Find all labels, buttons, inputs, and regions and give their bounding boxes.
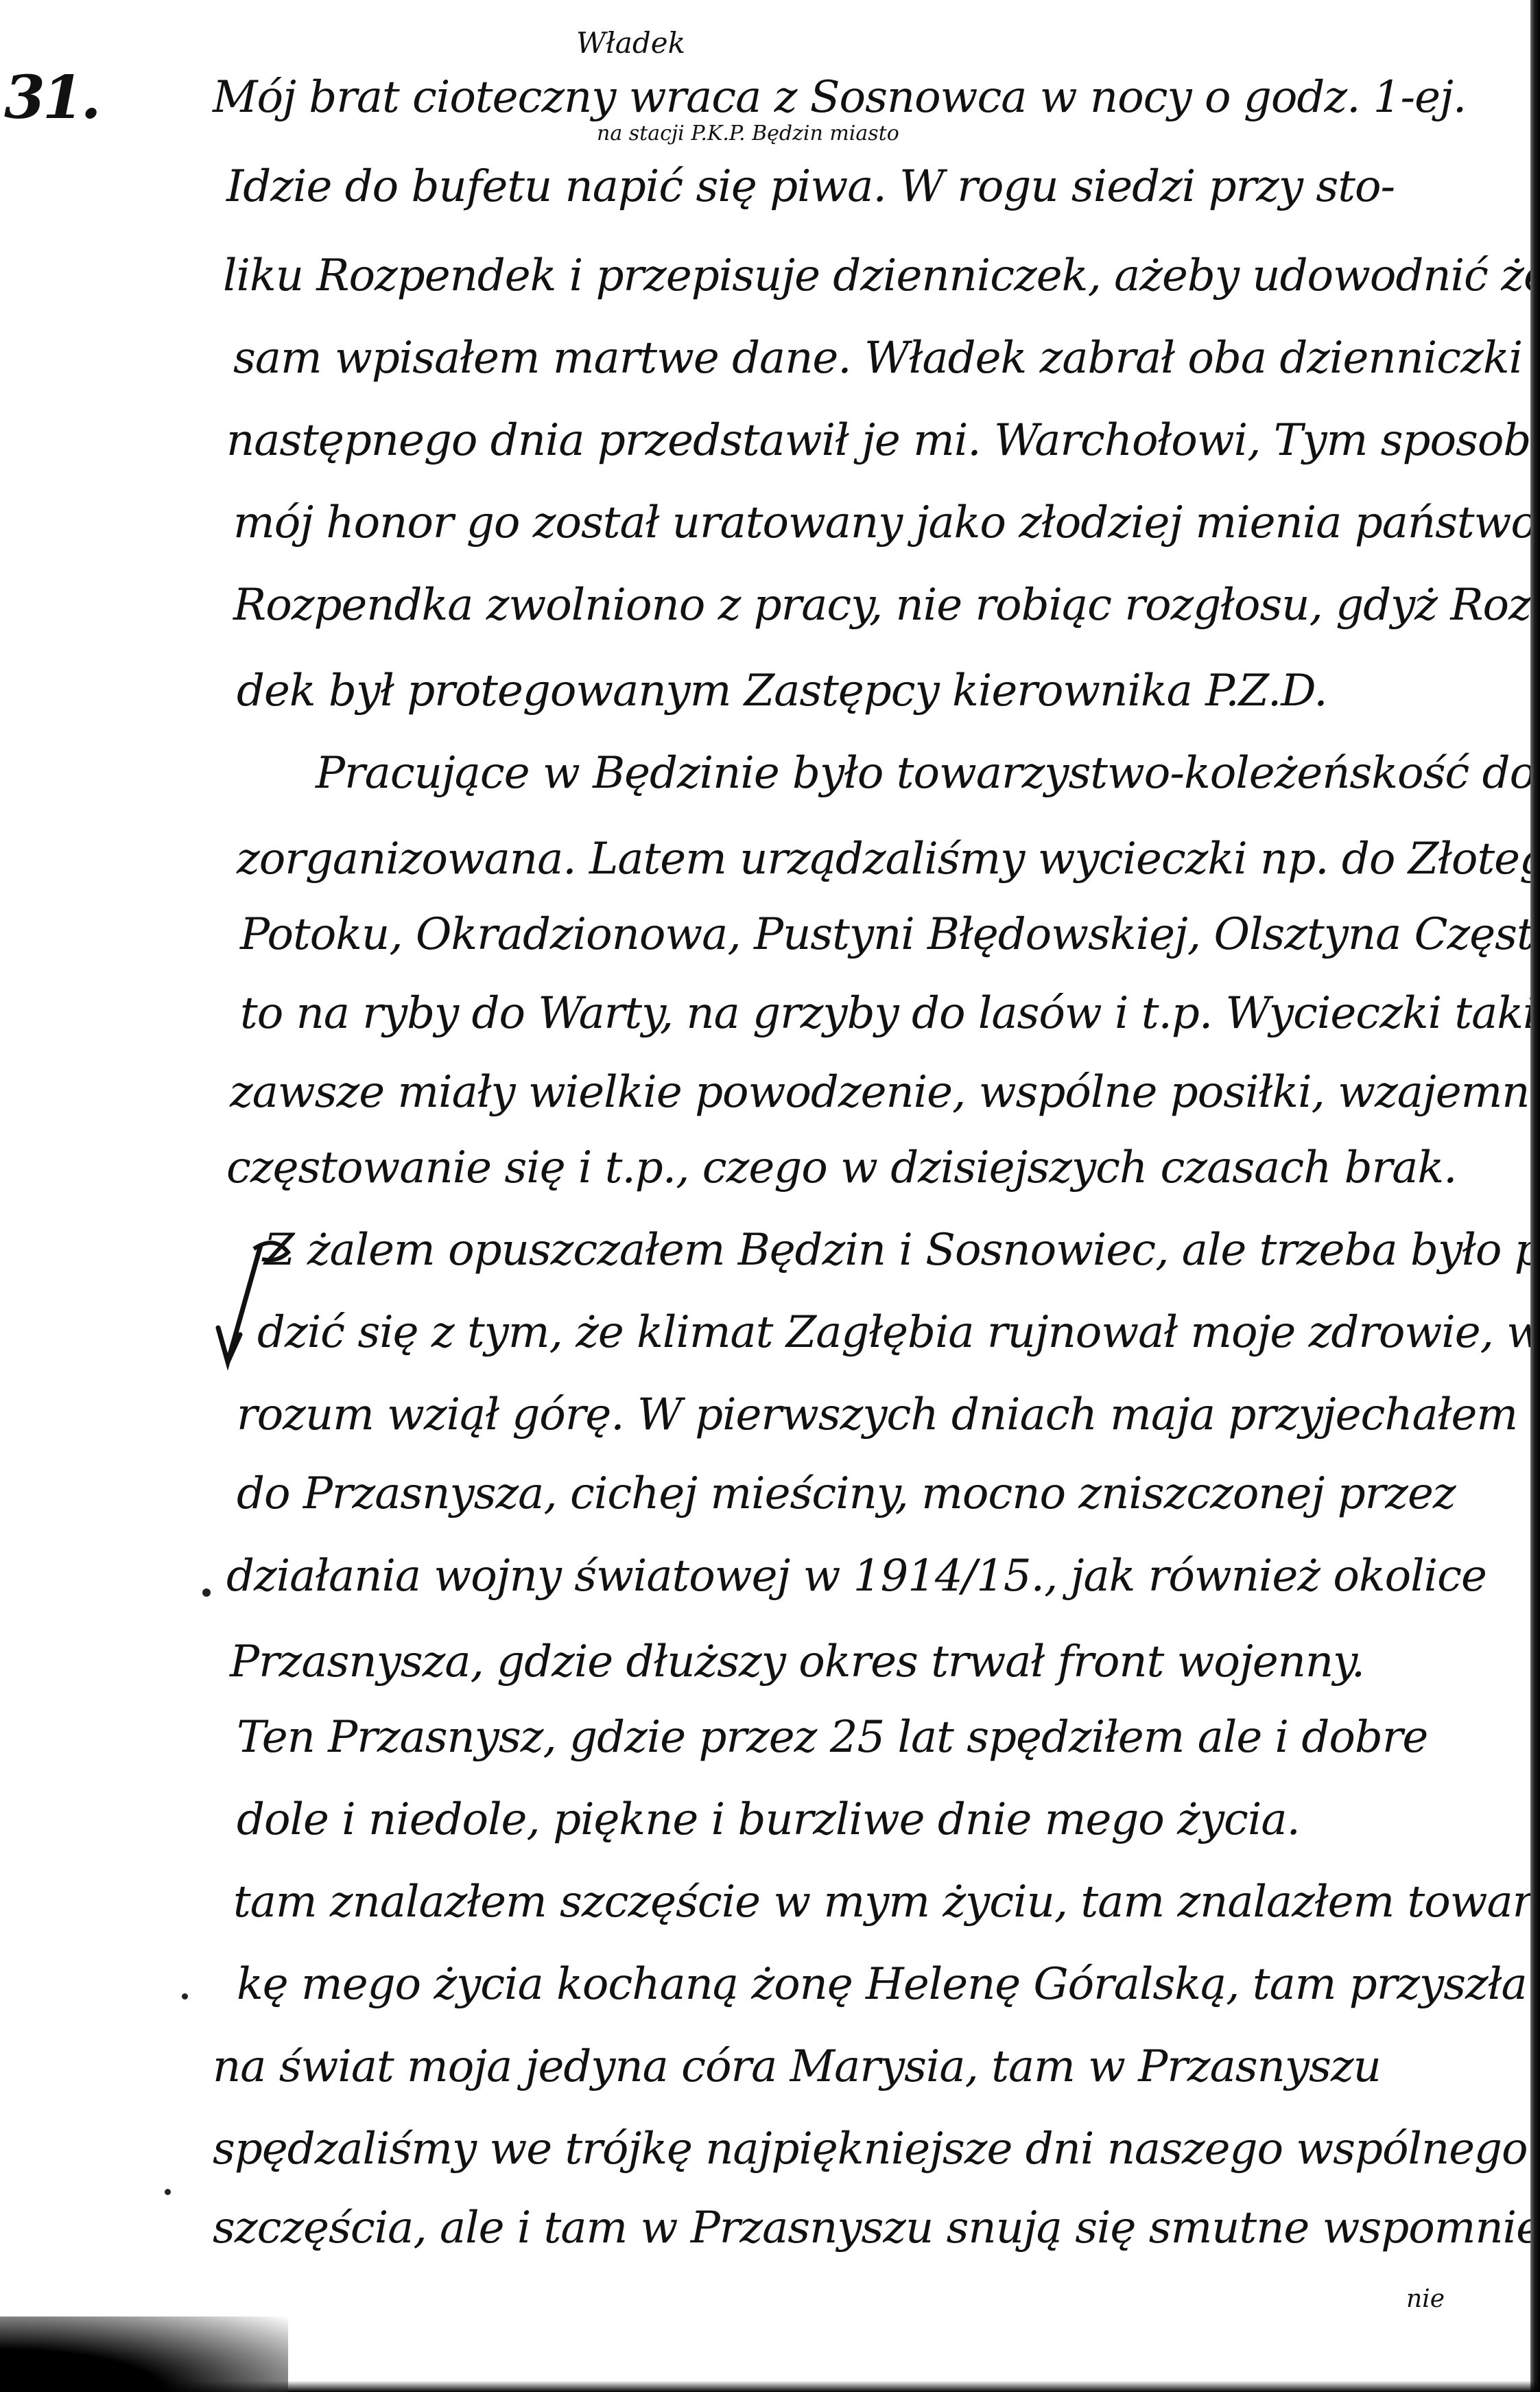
text-line-10: zorganizowana. Latem urządzaliśmy wyciec… — [237, 837, 1540, 881]
manuscript-page: 31. Władek na stacji P.K.P. Będzin miast… — [0, 0, 1540, 2392]
text-line-6: mój honor go został uratowany jako złodz… — [233, 501, 1540, 545]
text-line-12: to na ryby do Warty, na grzyby do lasów … — [240, 992, 1540, 1035]
text-line-17: rozum wziął górę. W pierwszych dniach ma… — [237, 1393, 1517, 1437]
text-line-7: Rozpendka zwolniono z pracy, nie robiąc … — [233, 583, 1540, 627]
text-line-19: działania wojny światowej w 1914/15., ja… — [226, 1554, 1486, 1598]
text-line-27: szczęścia, ale i tam w Przasnyszu snują … — [213, 2206, 1540, 2250]
text-line-16: dzić się z tym, że klimat Zagłębia rujno… — [257, 1311, 1540, 1355]
corner-shadow — [0, 2317, 288, 2392]
text-line-5: następnego dnia przedstawił je mi. Warch… — [226, 419, 1540, 462]
page-number: 31. — [4, 63, 99, 132]
text-line-14: częstowanie się i t.p., czego w dzisiejs… — [226, 1146, 1456, 1190]
text-line-9: Pracujące w Będzinie było towarzystwo-ko… — [316, 751, 1540, 795]
text-line-23: tam znalazłem szczęście w mym życiu, tam… — [233, 1880, 1540, 1924]
text-line-20: Przasnysza, gdzie dłuższy okres trwał fr… — [230, 1640, 1364, 1684]
text-line-15: Z żalem opuszczałem Będzin i Sosnowiec, … — [264, 1228, 1540, 1272]
text-line-11: Potoku, Okradzionowa, Pustyni Błędowskie… — [240, 913, 1540, 957]
text-line-18: do Przasnysza, cichej mieściny, mocno zn… — [237, 1472, 1456, 1516]
text-line-24: kę mego życia kochaną żonę Helenę Górals… — [237, 1962, 1527, 2006]
text-line-25: na świat moja jedyna córa Marysia, tam w… — [213, 2045, 1381, 2089]
text-line-26: spędzaliśmy we trójkę najpiękniejsze dni… — [213, 2127, 1528, 2171]
insertion-above-line-1: Władek — [576, 29, 685, 58]
text-line-13: zawsze miały wielkie powodzenie, wspólne… — [230, 1070, 1540, 1114]
insertion-above-line-2: na stacji P.K.P. Będzin miasto — [597, 124, 899, 144]
margin-dot — [202, 1588, 211, 1597]
text-line-21: Ten Przasnysz, gdzie przez 25 lat spędzi… — [237, 1715, 1428, 1759]
text-line-3: liku Rozpendek i przepisuje dzienniczek,… — [223, 254, 1540, 298]
margin-dot — [182, 1993, 188, 2000]
text-line-8: dek był protegowanym Zastępcy kierownika… — [237, 669, 1327, 713]
margin-dot — [165, 2189, 171, 2195]
text-line-1: Mój brat cioteczny wraca z Sosnowca w no… — [213, 75, 1466, 119]
continuation-mark: nie — [1406, 2285, 1445, 2313]
text-line-22: dole i niedole, piękne i burzliwe dnie m… — [237, 1798, 1300, 1842]
text-line-2: Idzie do bufetu napić się piwa. W rogu s… — [226, 165, 1395, 209]
page-edge-shadow — [1530, 0, 1540, 2392]
text-line-4: sam wpisałem martwe dane. Władek zabrał … — [233, 336, 1540, 380]
